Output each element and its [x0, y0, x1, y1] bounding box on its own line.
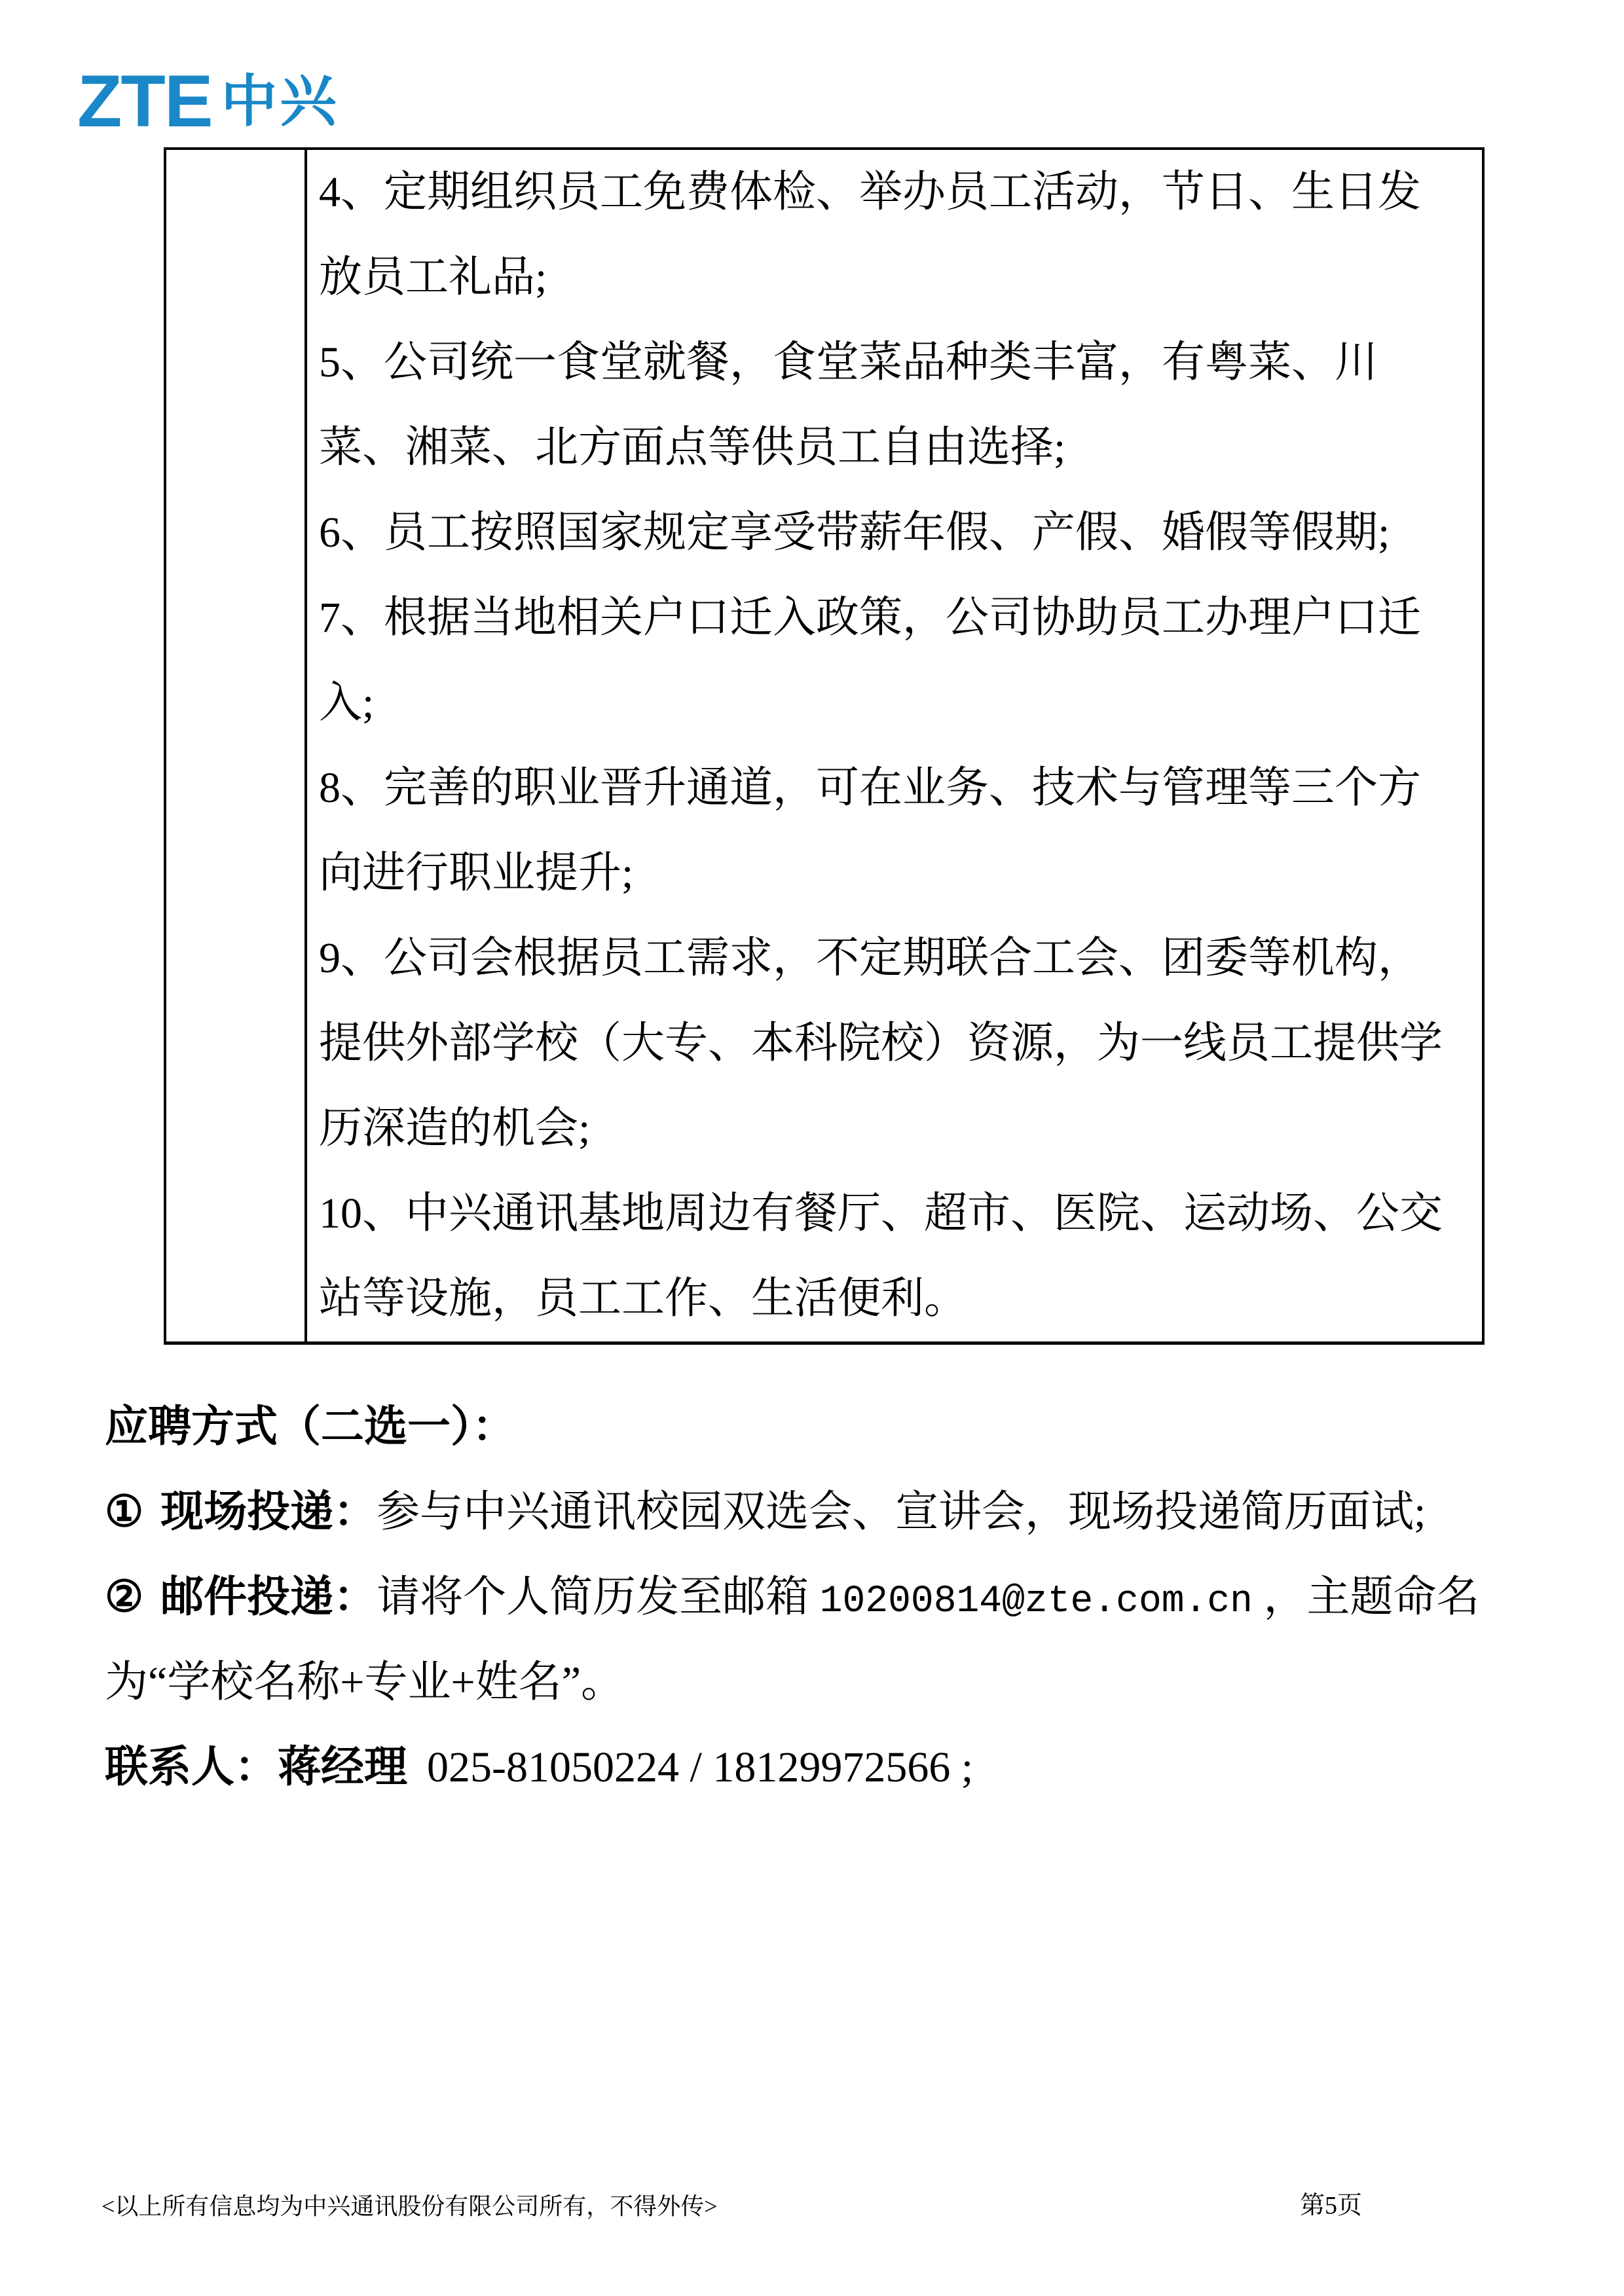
benefit-line: 站等设施，员工工作、生活便利。 [319, 1256, 1443, 1341]
table-benefits-cell: 4、定期组织员工免费体检、举办员工活动，节日、生日发 放员工礼品; 5、公司统一… [307, 150, 1482, 1341]
page-number: 第5页 [1300, 2191, 1362, 2221]
benefit-line: 菜、湘菜、北方面点等供员工自由选择; [319, 405, 1443, 490]
apply-section: 应聘方式（二选一）： ①现场投递：参与中兴通讯校园双选会、宣讲会，现场投递简历面… [105, 1385, 1552, 1810]
benefit-line: 6、员工按照国家规定享受带薪年假、产假、婚假等假期; [319, 490, 1443, 575]
contact-label: 联系人：蒋经理 [105, 1743, 407, 1791]
apply-option-1: ①现场投递：参与中兴通讯校园双选会、宣讲会，现场投递简历面试; [105, 1470, 1552, 1555]
apply-option-2-continuation: 为“学校名称+专业+姓名”。 [105, 1640, 1552, 1725]
confidentiality-notice: <以上所有信息均为中兴通讯股份有限公司所有，不得外传> [101, 2192, 718, 2221]
benefit-line: 放员工礼品; [319, 235, 1443, 320]
option1-bullet: ① [105, 1488, 143, 1536]
benefit-line: 8、完善的职业晋升通道，可在业务、技术与管理等三个方 [319, 746, 1443, 831]
recruitment-email: 10200814@zte.com.cn [820, 1580, 1253, 1623]
option2-text-after-email: ，主题命名 [1253, 1573, 1480, 1621]
option1-text: 参与中兴通讯校园双选会、宣讲会，现场投递简历面试; [377, 1488, 1426, 1536]
apply-option-2: ②邮件投递：请将个人简历发至邮箱 10200814@zte.com.cn ，主题… [105, 1555, 1552, 1640]
benefits-table: 4、定期组织员工免费体检、举办员工活动，节日、生日发 放员工礼品; 5、公司统一… [164, 147, 1485, 1345]
table-left-column-empty [166, 150, 307, 1341]
apply-heading: 应聘方式（二选一）： [105, 1385, 1552, 1470]
benefit-line: 5、公司统一食堂就餐，食堂菜品种类丰富，有粤菜、川 [319, 320, 1443, 405]
benefit-line: 向进行职业提升; [319, 831, 1443, 916]
benefit-line: 提供外部学校（大专、本科院校）资源，为一线员工提供学 [319, 1001, 1443, 1086]
option2-text-before-email: 请将个人简历发至邮箱 [377, 1573, 820, 1621]
document-page: ZTE 中兴 4、定期组织员工免费体检、举办员工活动，节日、生日发 放员工礼品;… [0, 0, 1624, 2296]
zte-logo-chinese: 中兴 [221, 65, 339, 137]
option2-bullet: ② [105, 1573, 143, 1621]
contact-line: 联系人：蒋经理025-81050224 / 18129972566 ; [105, 1725, 1552, 1810]
zte-logo: ZTE 中兴 [77, 65, 339, 137]
option1-label: 现场投递： [160, 1488, 377, 1536]
benefit-line: 历深造的机会; [319, 1086, 1443, 1171]
benefit-line: 7、根据当地相关户口迁入政策，公司协助员工办理户口迁 [319, 575, 1443, 661]
benefit-line: 10、中兴通讯基地周边有餐厅、超市、医院、运动场、公交 [319, 1171, 1443, 1256]
option2-label: 邮件投递： [160, 1573, 377, 1621]
zte-logo-latin: ZTE [77, 65, 212, 137]
contact-phone-numbers: 025-81050224 / 18129972566 ; [427, 1743, 973, 1791]
benefit-line: 入; [319, 661, 1443, 746]
benefit-line: 4、定期组织员工免费体检、举办员工活动，节日、生日发 [319, 150, 1443, 235]
benefit-line: 9、公司会根据员工需求，不定期联合工会、团委等机构， [319, 916, 1443, 1001]
